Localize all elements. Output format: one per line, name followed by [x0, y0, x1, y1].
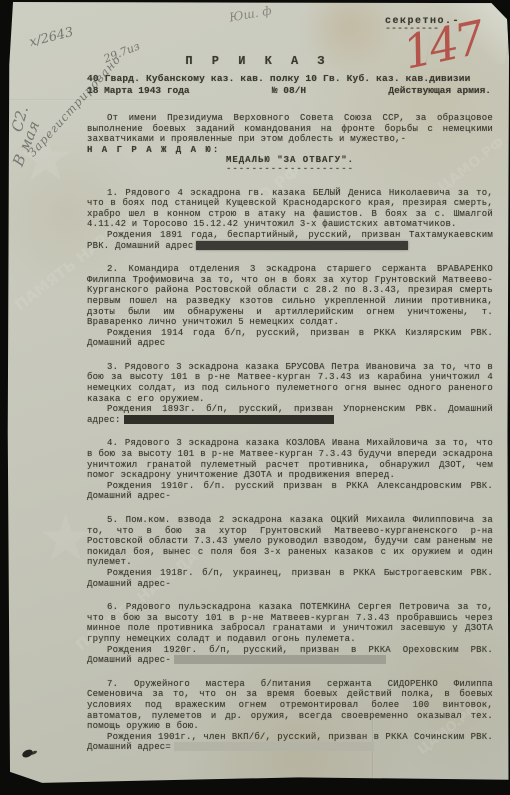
pencil-top-note: Юш. ф [228, 3, 273, 24]
award-item-6: 6. Рядового пульэскадрона казака ПОТЕМКИ… [87, 602, 493, 666]
award-item-text: 5. Пом.ком. взвода 2 эскадрона казака ОЦ… [87, 515, 493, 568]
birth-text: Рождения 1910г. б/п. русский призван в Р… [87, 481, 493, 502]
order-body: От имени Президиума Верховного Совета Со… [87, 113, 493, 753]
birth-text: Рождения 1914 года б/п, русский, призван… [87, 328, 493, 349]
redaction-box [174, 655, 386, 664]
award-item-text: 7. Оружейного мастера б/питания сержанта… [87, 679, 493, 732]
order-date: 18 Марта 1943 года [87, 85, 190, 96]
redaction-box [196, 241, 408, 250]
award-item-birth-line: Рождения 1891 года, беспартийный, русски… [87, 230, 493, 251]
award-item-text: 3. Рядового 3 эскадрона казака БРУСОВА П… [87, 362, 493, 404]
classification-stamp: секретно.- --------- [385, 16, 460, 35]
award-item-5: 5. Пом.ком. взвода 2 эскадрона казака ОЦ… [87, 515, 493, 589]
award-verb: Н А Г Р А Ж Д А Ю: [87, 145, 493, 156]
award-item-birth-line: Рождения 1914 года б/п, русский, призван… [87, 328, 493, 349]
ink-blot [21, 748, 34, 759]
award-item-4: 4. Рядового 3 эскадрона казака КОЗЛОВА И… [87, 438, 493, 502]
army-note: Действующая армия. [388, 85, 491, 96]
award-item-text: 2. Командира отделения 3 эскадрона старш… [87, 264, 493, 328]
award-item-2: 2. Командира отделения 3 эскадрона старш… [87, 264, 493, 349]
award-item-7: 7. Оружейного мастера б/питания сержанта… [87, 679, 493, 753]
award-item-birth-line: Рождения 1910г. б/п. русский призван в Р… [87, 481, 493, 502]
watermark-star-icon: ★ [37, 502, 94, 576]
award-item-birth-line: Рождения 1893г. б/п, русский, призван Уп… [87, 404, 493, 425]
fold-crease [7, 99, 187, 101]
birth-text: Рождения 1918г. б/п, украинец, призван в… [87, 568, 493, 589]
award-item-birth-line: Рождения 1920г. б/п, русский, призван в … [87, 645, 493, 666]
award-item-text: 4. Рядового 3 эскадрона казака КОЗЛОВА И… [87, 438, 493, 480]
award-item-3: 3. Рядового 3 эскадрона казака БРУСОВА П… [87, 362, 493, 426]
preamble-text: От имени Президиума Верховного Совета Со… [87, 113, 493, 145]
order-recipient-line: 40 Гвард. Кубанскому каз. кав. полку 10 … [87, 73, 507, 84]
award-item-birth-line: Рождения 1901г., член ВКП/б/, русский, п… [87, 732, 493, 753]
award-item-1: 1. Рядового 4 эскадрона гв. казака БЕЛЫЙ… [87, 188, 493, 252]
award-item-text: 1. Рядового 4 эскадрона гв. казака БЕЛЫЙ… [87, 188, 493, 230]
order-meta-line: 18 Марта 1943 года № 08/Н Действующая ар… [87, 85, 491, 96]
redaction-box [174, 742, 374, 751]
award-item-text: 6. Рядового пульэскадрона казака ПОТЕМКИ… [87, 602, 493, 644]
pencil-registration-number: х/2643 [28, 25, 75, 50]
document-page: ★ ★ ЦАМО.РФ ЦАМО.РФ ПАМЯТЬ НАРОДА ПАМЯТЬ… [7, 2, 509, 786]
document-title: П Р И К А З [7, 54, 509, 68]
order-number: № 08/Н [272, 85, 306, 96]
redaction-box [124, 415, 334, 424]
award-item-birth-line: Рождения 1918г. б/п, украинец, призван в… [87, 568, 493, 589]
medal-underline: -------------------- [87, 164, 493, 175]
